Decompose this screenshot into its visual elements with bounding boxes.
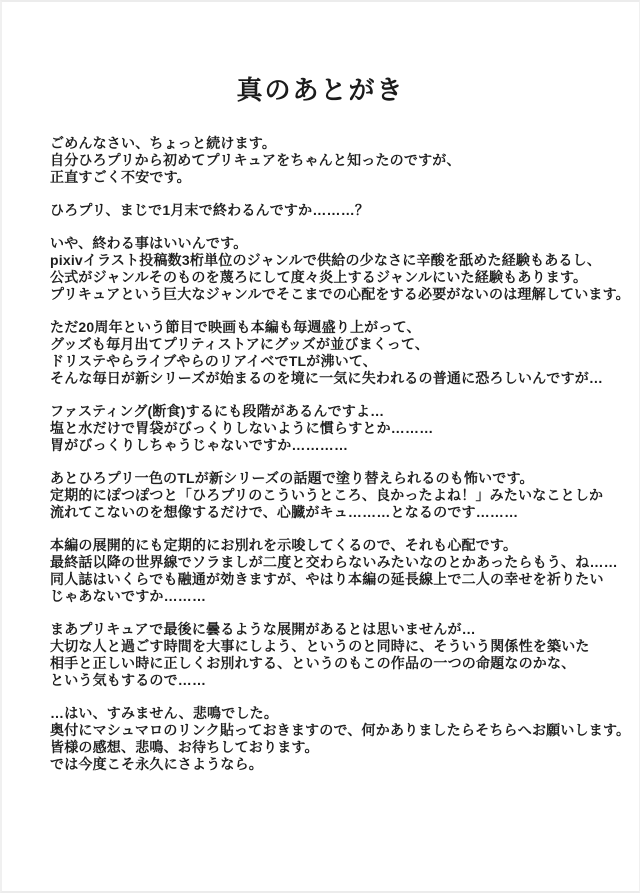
paragraph: …はい、すみません、悲鳴でした。奥付にマシュマロのリンク貼っておきますので、何か… [50, 705, 625, 773]
paragraph: 本編の展開的にも定期的にお別れを示唆してくるので、それも心配です。最終話以降の世… [50, 537, 625, 605]
text-line: 相手と正しい時に正しくお別れする、というのもこの作品の一つの命題なのかな、 [50, 655, 625, 672]
text-line: 流れてこないのを想像するだけで、心臓がキュ………となるのです……… [50, 504, 625, 521]
afterword-page: 真のあとがき ごめんなさい、ちょっと続けます。自分ひろプリから初めてプリキュアを… [0, 0, 640, 893]
text-line: pixivイラスト投稿数3桁単位のジャンルで供給の少なさに辛酸を舐めた経験もある… [50, 252, 625, 269]
text-line: ドリステやらライブやらのリアイベでTLが沸いて、 [50, 353, 625, 370]
text-line: あとひろプリ一色のTLが新シリーズの話題で塗り替えられるのも怖いです。 [50, 470, 625, 487]
text-line: 胃がびっくりしちゃうじゃないですか………… [50, 437, 625, 454]
text-line: という気もするので…… [50, 672, 625, 689]
paragraph: いや、終わる事はいいんです。pixivイラスト投稿数3桁単位のジャンルで供給の少… [50, 235, 625, 303]
text-line: 正直すごく不安です。 [50, 169, 625, 186]
text-line: 公式がジャンルそのものを蔑ろにして度々炎上するジャンルにいた経験もあります。 [50, 269, 625, 286]
text-line: 皆様の感想、悲鳴、お待ちしております。 [50, 739, 625, 756]
text-line: ひろプリ、まじで1月末で終わるんですか………？ [50, 202, 625, 219]
text-line: いや、終わる事はいいんです。 [50, 235, 625, 252]
paragraph: まあプリキュアで最後に曇るような展開があるとは思いませんが…大切な人と過ごす時間… [50, 621, 625, 689]
text-line: ファスティング(断食)するにも段階があるんですよ… [50, 403, 625, 420]
text-line: 奥付にマシュマロのリンク貼っておきますので、何かありましたらそちらへお願いします… [50, 722, 625, 739]
afterword-body: ごめんなさい、ちょっと続けます。自分ひろプリから初めてプリキュアをちゃんと知った… [2, 104, 639, 773]
text-line: 同人誌はいくらでも融通が効きますが、やはり本編の延長線上で二人の幸せを祈りたい [50, 571, 625, 588]
text-line: 最終話以降の世界線でソラましが二度と交わらないみたいなのとかあったらもう、ね…… [50, 554, 625, 571]
text-line: 自分ひろプリから初めてプリキュアをちゃんと知ったのですが、 [50, 152, 625, 169]
text-line: …はい、すみません、悲鳴でした。 [50, 705, 625, 722]
text-line: ただ20周年という節目で映画も本編も毎週盛り上がって、 [50, 319, 625, 336]
text-line: プリキュアという巨大なジャンルでそこまでの心配をする必要がないのは理解しています… [50, 286, 625, 303]
text-line: グッズも毎月出てプリティストアにグッズが並びまくって、 [50, 336, 625, 353]
text-line: 本編の展開的にも定期的にお別れを示唆してくるので、それも心配です。 [50, 537, 625, 554]
text-line: ごめんなさい、ちょっと続けます。 [50, 135, 625, 152]
text-line: じゃあないですか……… [50, 588, 625, 605]
paragraph: あとひろプリ一色のTLが新シリーズの話題で塗り替えられるのも怖いです。定期的にぽ… [50, 470, 625, 521]
paragraph: ただ20周年という節目で映画も本編も毎週盛り上がって、グッズも毎月出てプリティス… [50, 319, 625, 387]
text-line: 定期的にぽつぽつと「ひろプリのこういうところ、良かったよね！」みたいなことしか [50, 487, 625, 504]
page-title: 真のあとがき [2, 2, 639, 104]
text-line: そんな毎日が新シリーズが始まるのを境に一気に失われるの普通に恐ろしいんですが… [50, 370, 625, 387]
text-line: まあプリキュアで最後に曇るような展開があるとは思いませんが… [50, 621, 625, 638]
paragraph: ごめんなさい、ちょっと続けます。自分ひろプリから初めてプリキュアをちゃんと知った… [50, 135, 625, 186]
paragraph: ひろプリ、まじで1月末で終わるんですか………？ [50, 202, 625, 219]
text-line: 塩と水だけで胃袋がびっくりしないように慣らすとか……… [50, 420, 625, 437]
text-line: 大切な人と過ごす時間を大事にしよう、というのと同時に、そういう関係性を築いた [50, 638, 625, 655]
text-line: では今度こそ永久にさようなら。 [50, 756, 625, 773]
paragraph: ファスティング(断食)するにも段階があるんですよ…塩と水だけで胃袋がびっくりしな… [50, 403, 625, 454]
